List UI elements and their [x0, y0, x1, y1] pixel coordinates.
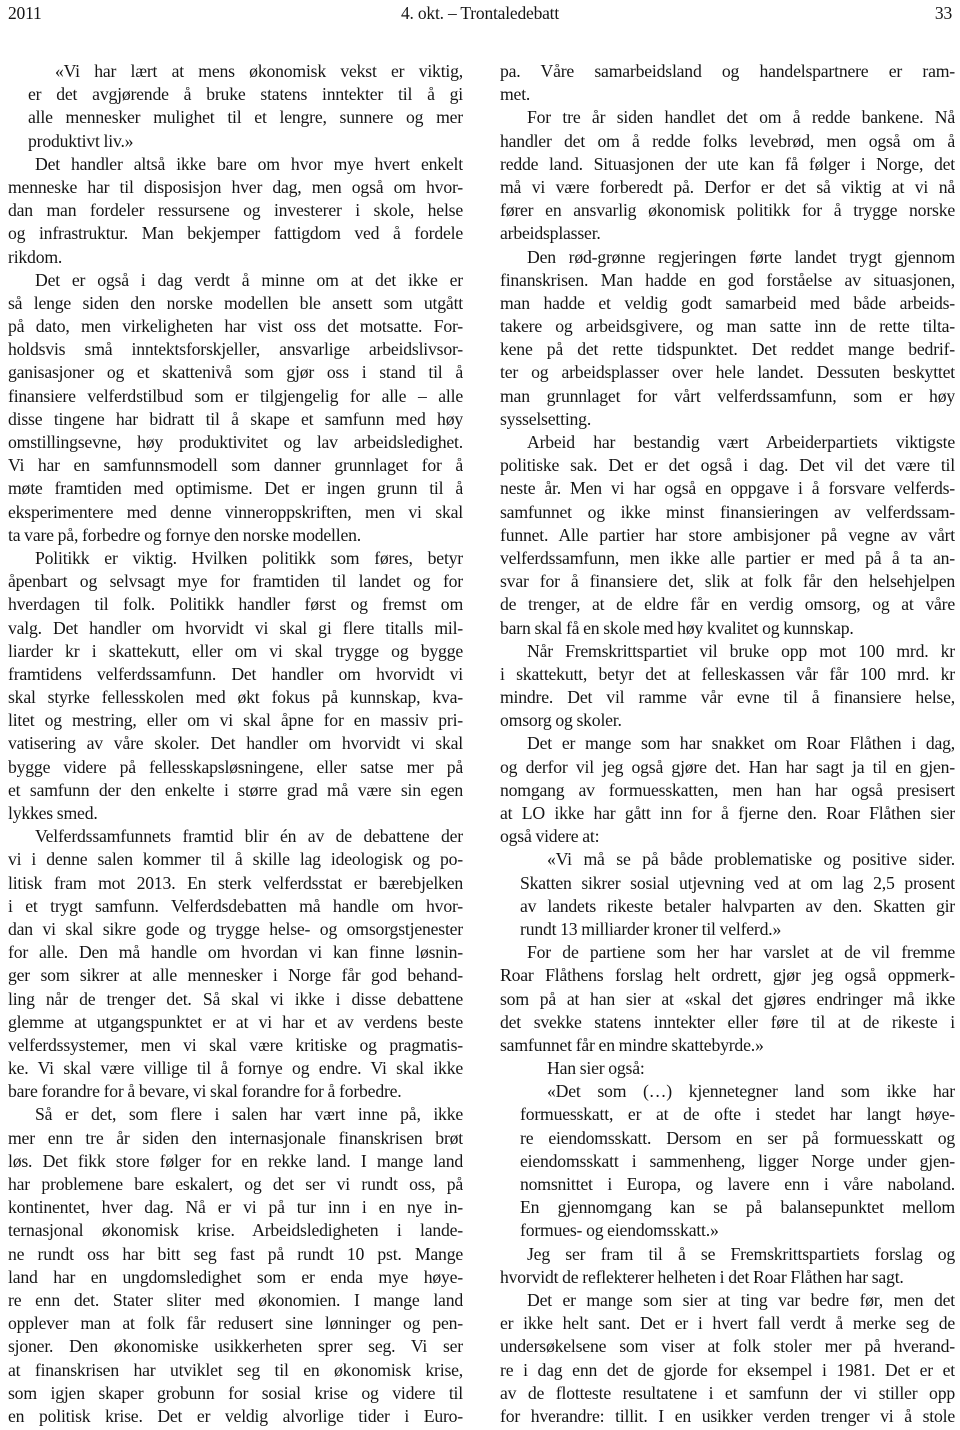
- text-line: samfunnet får en mindre skattebyrde.»: [500, 1034, 955, 1057]
- block-quote: «Vi må se på både problematiske og posit…: [520, 848, 955, 941]
- column-left: «Vi har lært at mens økonomisk vekst er …: [8, 60, 463, 1430]
- text-line: Velferdssamfunnets framtid blir én av de…: [8, 825, 463, 848]
- text-line: velferdssystemer, men vi skal være kriti…: [8, 1034, 463, 1057]
- text-line: mindre. Det vil ramme vår evne til å fin…: [500, 686, 955, 709]
- document-page: 2011 4. okt. – Trontaledebatt 33 «Vi har…: [0, 0, 960, 1430]
- text-line: redde land. Situasjonen der ute kan få f…: [500, 153, 955, 176]
- text-line: barn skal få en skole med høy kvalitet o…: [500, 617, 955, 640]
- text-line: av de flotteste resultatene i et samfunn…: [500, 1382, 955, 1405]
- text-line: alle mennesker mulighet til et lengre, s…: [28, 106, 463, 129]
- text-line: «Vi har lært at mens økonomisk vekst er …: [28, 60, 463, 83]
- text-line: For tre år siden handlet det om å redde …: [500, 106, 955, 129]
- text-line: møte framtiden med optimisme. Det er ing…: [8, 477, 463, 500]
- text-line: holdsvis små inntektsforskjeller, ansvar…: [8, 338, 463, 361]
- text-line: som igjen skaper grobunn for sosial kris…: [8, 1382, 463, 1405]
- paragraph: Det er mange som har snakket om Roar Flå…: [500, 732, 955, 848]
- text-line: av landets rikeste betaler halvparten av…: [520, 895, 955, 918]
- text-line: «Vi må se på både problematiske og posit…: [520, 848, 955, 871]
- text-line: dan vi skal sikre gode og trygge helse- …: [8, 918, 463, 941]
- text-line: svar for å finansiere det, slik at folk …: [500, 570, 955, 593]
- paragraph: Den rød-grønne regjeringen førte landet …: [500, 246, 955, 432]
- text-line: og infrastruktur. Man bekjemper fattigdo…: [8, 222, 463, 245]
- paragraph: Det er også i dag verdt å minne om at de…: [8, 269, 463, 547]
- text-line: sysselsetting.: [500, 408, 955, 431]
- text-line: de trenger, at de eldre får en verdig om…: [500, 593, 955, 616]
- paragraph: Det handler altså ikke bare om hvor mye …: [8, 153, 463, 269]
- text-line: glemme at utgangspunktet er at vi har et…: [8, 1011, 463, 1034]
- text-line: og derfor vil jeg også gjøre det. Han ha…: [500, 756, 955, 779]
- block-quote: Han sier også:: [520, 1057, 955, 1080]
- text-line: så lenge siden den norske modellen ble a…: [8, 292, 463, 315]
- text-line: re eiendomsskatt. Dersom en ser på formu…: [520, 1127, 955, 1150]
- text-line: må vi være forberedt på. Derfor er det s…: [500, 176, 955, 199]
- text-line: mer enn tre år siden den internasjonale …: [8, 1127, 463, 1150]
- text-line: Skatten sikrer sosial utjevning ved at o…: [520, 872, 955, 895]
- header-year: 2011: [8, 2, 401, 24]
- text-line: litet og mestring, eller om vi skal åpne…: [8, 709, 463, 732]
- text-line: For de partiene som her har varslet at d…: [500, 941, 955, 964]
- text-line: Vi har en samfunnsmodell som danner grun…: [8, 454, 463, 477]
- text-line: hverdagen til folk. Politikk handler før…: [8, 593, 463, 616]
- text-line: er det avgjørende å bruke statens inntek…: [28, 83, 463, 106]
- paragraph: Så er det, som flere i salen har vært in…: [8, 1103, 463, 1428]
- two-column-layout: «Vi har lært at mens økonomisk vekst er …: [8, 60, 955, 1430]
- text-line: Så er det, som flere i salen har vært in…: [8, 1103, 463, 1126]
- block-quote: «Det som (…) kjennetegner land som ikke …: [520, 1080, 955, 1242]
- text-line: et samfunn der den enkelte i større grad…: [8, 779, 463, 802]
- text-line: i et trygt samfunn. Velferdsdebatten må …: [8, 895, 463, 918]
- text-line: disse tingene har bidratt til å skape et…: [8, 408, 463, 431]
- text-line: man grunnlaget for vårt velferdssamfunn,…: [500, 385, 955, 408]
- text-line: løs. Det fikk store følger for en rekke …: [8, 1150, 463, 1173]
- text-line: re enn det. Stater sliter med økonomien.…: [8, 1289, 463, 1312]
- text-line: ke. Vi skal være villige til å fornye og…: [8, 1057, 463, 1080]
- text-line: Det er mange som sier at ting var bedre …: [500, 1289, 955, 1312]
- text-line: Politikk er viktig. Hvilken politikk som…: [8, 547, 463, 570]
- column-right: pa. Våre samarbeidsland og handelspartne…: [500, 60, 955, 1430]
- text-line: re i dag enn det de gjorde for eksempel …: [500, 1359, 955, 1382]
- text-line: også videre at:: [500, 825, 955, 848]
- text-line: ger som sikrer at alle mennesker i Norge…: [8, 964, 463, 987]
- text-line: land har en ungdomsledighet som er enda …: [8, 1266, 463, 1289]
- text-line: eksperimentere med denne vinneroppskrift…: [8, 501, 463, 524]
- text-line: det svekke statens inntekter eller føre …: [500, 1011, 955, 1034]
- text-line: undersøkelsene som viser at folk stoler …: [500, 1335, 955, 1358]
- paragraph: Når Fremskrittspartiet vil bruke opp mot…: [500, 640, 955, 733]
- text-line: ter og arbeidsplasser over hele landet. …: [500, 361, 955, 384]
- text-line: liarder kr i skattekutt, eller om vi ska…: [8, 640, 463, 663]
- text-line: formuesskatt, er at de ofte i stedet har…: [520, 1103, 955, 1126]
- text-line: velferdssamfunn, men ikke alle partier e…: [500, 547, 955, 570]
- text-line: lykkes smed.: [8, 802, 463, 825]
- text-line: funnet. Alle partier har store ambisjone…: [500, 524, 955, 547]
- text-line: nomgang av formuesskatten, men han har o…: [500, 779, 955, 802]
- header-title: 4. okt. – Trontaledebatt: [401, 2, 559, 24]
- text-line: bare forandre for å bevare, vi skal fora…: [8, 1080, 463, 1103]
- text-line: pa. Våre samarbeidsland og handelspartne…: [500, 60, 955, 83]
- text-line: skal styrke fellesskolen med økt fokus p…: [8, 686, 463, 709]
- text-line: finansiere velferdstilbud som er tilgjen…: [8, 385, 463, 408]
- paragraph: Velferdssamfunnets framtid blir én av de…: [8, 825, 463, 1103]
- text-line: samfunnet og ikke minst finansieringen a…: [500, 501, 955, 524]
- text-line: vi i denne salen kommer til å skille lag…: [8, 848, 463, 871]
- header-page-number: 33: [559, 2, 952, 24]
- paragraph: Det er mange som sier at ting var bedre …: [500, 1289, 955, 1428]
- text-line: litisk fram mot 2013. En sterk velferdss…: [8, 872, 463, 895]
- text-line: er ikke helt sant. Det er i hvert fall v…: [500, 1312, 955, 1335]
- text-line: nomsnittet i Europa, og lavere enn i vår…: [520, 1173, 955, 1196]
- text-line: menneske har til disposisjon hver dag, m…: [8, 176, 463, 199]
- paragraph: Politikk er viktig. Hvilken politikk som…: [8, 547, 463, 825]
- text-line: produktivt liv.»: [28, 130, 463, 153]
- text-line: ternasjonal økonomisk krise. Arbeidsledi…: [8, 1219, 463, 1242]
- text-line: finanskrisen. Man hadde en god forståels…: [500, 269, 955, 292]
- text-line: for alle. Den må handle om hvordan vi ka…: [8, 941, 463, 964]
- text-line: omsorg og skoler.: [500, 709, 955, 732]
- paragraph: For tre år siden handlet det om å redde …: [500, 106, 955, 245]
- text-line: har problemene bare eskalert, og det ser…: [8, 1173, 463, 1196]
- text-line: Roar Flåthens forslag helt ordrett, gjør…: [500, 964, 955, 987]
- text-line: dan man fordeler ressursene og investere…: [8, 199, 463, 222]
- text-line: at finanskrisen har utviklet seg til en …: [8, 1359, 463, 1382]
- text-line: åpenbart og selvsagt mye for framtiden t…: [8, 570, 463, 593]
- paragraph: pa. Våre samarbeidsland og handelspartne…: [500, 60, 955, 106]
- page-header: 2011 4. okt. – Trontaledebatt 33: [8, 2, 952, 24]
- text-line: rundt 13 milliarder kroner til velferd.»: [520, 918, 955, 941]
- text-line: valg. Det handler om hvorvidt vi skal gi…: [8, 617, 463, 640]
- text-line: arbeidsplasser.: [500, 222, 955, 245]
- text-line: takere og arbeidsgivere, og man satte in…: [500, 315, 955, 338]
- text-line: ta vare på, forbedre og fornye den norsk…: [8, 524, 463, 547]
- text-line: omstillingsevne, høy produktivitet og la…: [8, 431, 463, 454]
- text-line: neste år. Men vi har også en oppgave i å…: [500, 477, 955, 500]
- text-line: «Det som (…) kjennetegner land som ikke …: [520, 1080, 955, 1103]
- text-line: at LO ikke har gått inn for å fjerne den…: [500, 802, 955, 825]
- text-line: politiske sak. Det er det også i dag. De…: [500, 454, 955, 477]
- text-line: Det er også i dag verdt å minne om at de…: [8, 269, 463, 292]
- text-line: som på at han sier at «skal det gjøres e…: [500, 988, 955, 1011]
- text-line: Når Fremskrittspartiet vil bruke opp mot…: [500, 640, 955, 663]
- text-line: eiendomsskatt i sammenheng, ligger Norge…: [520, 1150, 955, 1173]
- text-line: ne rundt oss har bitt seg fast på rundt …: [8, 1243, 463, 1266]
- text-line: ganisasjoner og et skattenivå som gjør o…: [8, 361, 463, 384]
- text-line: bygge videre på fellesskapsløsningene, e…: [8, 756, 463, 779]
- paragraph: Arbeid har bestandig vært Arbeiderpartie…: [500, 431, 955, 640]
- text-line: en politisk krise. Det er veldig alvorli…: [8, 1405, 463, 1428]
- text-line: for hverandre: tillit. I en usikker verd…: [500, 1405, 955, 1428]
- text-line: på dato, men virkeligheten har vist oss …: [8, 315, 463, 338]
- text-line: i skattekutt, betyr det at felleskassen …: [500, 663, 955, 686]
- text-line: kene på det rette tidspunktet. Det redde…: [500, 338, 955, 361]
- text-line: met.: [500, 83, 955, 106]
- text-line: opplever man at folk får redusert sine l…: [8, 1312, 463, 1335]
- text-line: man hadde et veldig godt samarbeid med b…: [500, 292, 955, 315]
- block-quote: «Vi har lært at mens økonomisk vekst er …: [28, 60, 463, 153]
- text-line: Det handler altså ikke bare om hvor mye …: [8, 153, 463, 176]
- text-line: ling når de trenger det. Så skal vi ikke…: [8, 988, 463, 1011]
- text-line: kontinentet, hver dag. Nå er vi på tur i…: [8, 1196, 463, 1219]
- text-line: rikdom.: [8, 246, 463, 269]
- text-line: sjoner. Den økonomiske usikkerheten spre…: [8, 1335, 463, 1358]
- paragraph: Jeg ser fram til å se Fremskrittspartiet…: [500, 1243, 955, 1289]
- text-line: hvorvidt de reflekterer helheten i det R…: [500, 1266, 955, 1289]
- text-line: handler det om å redde folks levebrød, m…: [500, 130, 955, 153]
- text-line: Den rød-grønne regjeringen førte landet …: [500, 246, 955, 269]
- text-line: formues- og eiendomsskatt.»: [520, 1219, 955, 1242]
- text-line: Det er mange som har snakket om Roar Flå…: [500, 732, 955, 755]
- text-line: Jeg ser fram til å se Fremskrittspartiet…: [500, 1243, 955, 1266]
- paragraph: For de partiene som her har varslet at d…: [500, 941, 955, 1057]
- text-line: En gjennomgang kan se på balansepunktet …: [520, 1196, 955, 1219]
- text-line: fører en ansvarlig økonomisk politikk fo…: [500, 199, 955, 222]
- text-line: Han sier også:: [520, 1057, 955, 1080]
- text-line: vatisering av våre skoler. Det handler o…: [8, 732, 463, 755]
- text-line: Arbeid har bestandig vært Arbeiderpartie…: [500, 431, 955, 454]
- text-line: framtidens velferdssamfunn. Det handler …: [8, 663, 463, 686]
